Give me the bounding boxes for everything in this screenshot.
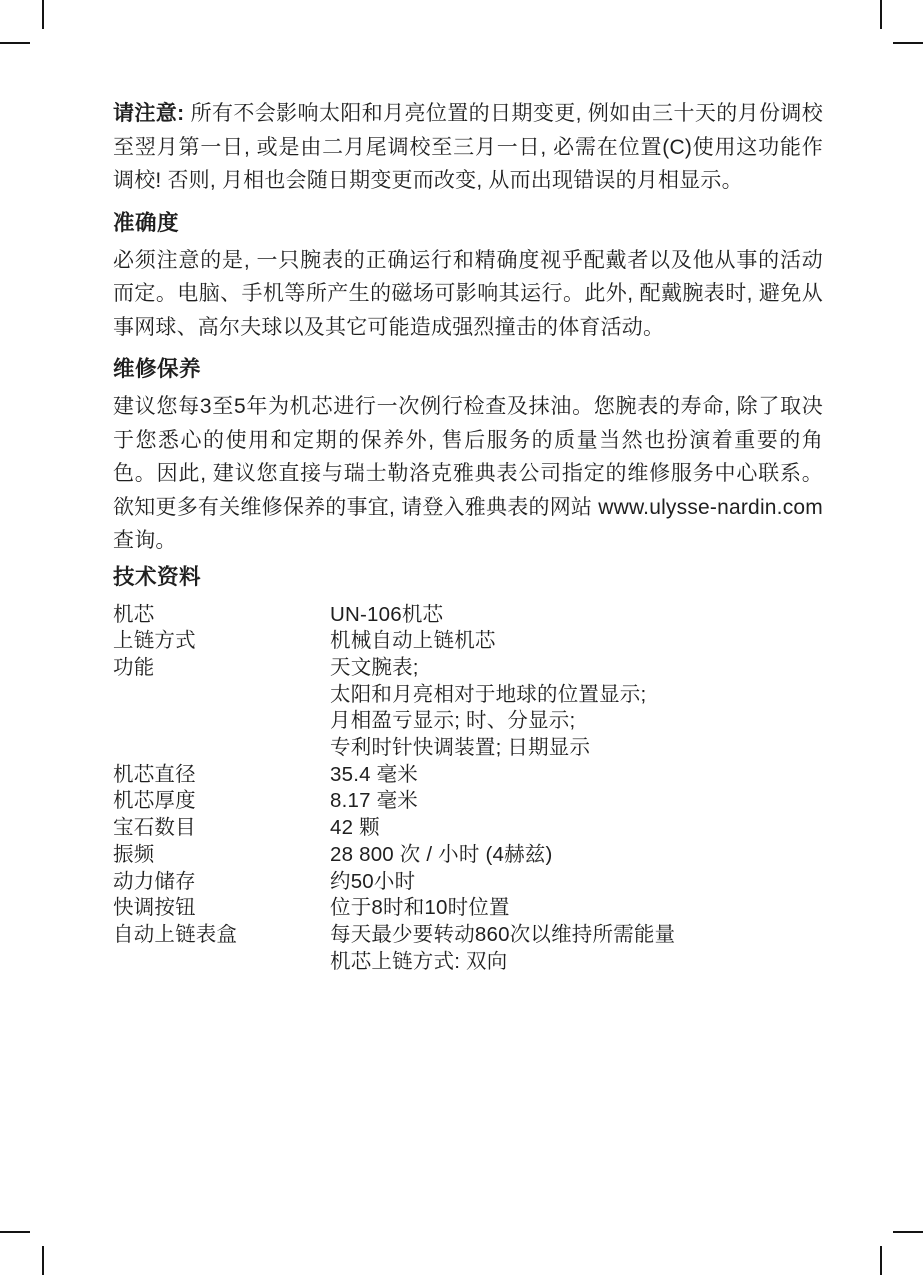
crop-mark-top-right-vertical (880, 0, 882, 29)
section-accuracy-body: 必须注意的是, 一只腕表的正确运行和精确度视乎配戴者以及他从事的活动而定。电脑、… (113, 244, 823, 345)
spec-value-line: 28 800 次 / 小时 (4赫兹) (330, 842, 823, 869)
spec-value: 位于8时和10时位置 (330, 895, 823, 922)
spec-label: 自动上链表盒 (113, 922, 330, 949)
crop-mark-bottom-right-horizontal (893, 1231, 923, 1233)
spec-value-line: 专利时针快调装置; 日期显示 (330, 735, 823, 762)
spec-label: 动力储存 (113, 869, 330, 896)
spec-value-line: 机械自动上链机芯 (330, 628, 823, 655)
crop-mark-top-left-vertical (42, 0, 44, 29)
crop-mark-top-right-horizontal (893, 42, 923, 44)
spec-value-line: 太阳和月亮相对于地球的位置显示; (330, 682, 823, 709)
spec-label: 功能 (113, 655, 330, 682)
spec-value: 8.17 毫米 (330, 788, 823, 815)
spec-value: 35.4 毫米 (330, 762, 823, 789)
section-accuracy-heading: 准确度 (113, 207, 823, 240)
spec-row: 振频28 800 次 / 小时 (4赫兹) (113, 842, 823, 869)
section-service-body: 建议您每3至5年为机芯进行一次例行检查及抹油。您腕表的寿命, 除了取决于您悉心的… (113, 390, 823, 558)
spec-label: 振频 (113, 842, 330, 869)
spec-label: 机芯直径 (113, 762, 330, 789)
notice-label: 请注意: (113, 102, 184, 125)
spec-value-line: 42 颗 (330, 815, 823, 842)
spec-value-line: 月相盈亏显示; 时、分显示; (330, 708, 823, 735)
spec-row: 宝石数目42 颗 (113, 815, 823, 842)
spec-value-line: 8.17 毫米 (330, 788, 823, 815)
spec-label: 上链方式 (113, 628, 330, 655)
crop-mark-bottom-left-horizontal (0, 1231, 30, 1233)
spec-row: 机芯厚度8.17 毫米 (113, 788, 823, 815)
spec-row: 自动上链表盒每天最少要转动860次以维持所需能量机芯上链方式: 双向 (113, 922, 823, 975)
spec-row: 机芯直径35.4 毫米 (113, 762, 823, 789)
crop-mark-bottom-right-vertical (880, 1246, 882, 1275)
notice-paragraph: 请注意: 所有不会影响太阳和月亮位置的日期变更, 例如由三十天的月份调校至翌月第… (113, 97, 823, 198)
spec-row: 动力储存约50小时 (113, 869, 823, 896)
section-technical-data-heading: 技术资料 (113, 561, 823, 594)
spec-label: 快调按钮 (113, 895, 330, 922)
spec-value-line: 天文腕表; (330, 655, 823, 682)
spec-value-line: UN-106机芯 (330, 602, 823, 629)
spec-value-line: 约50小时 (330, 869, 823, 896)
spec-row: 功能天文腕表;太阳和月亮相对于地球的位置显示;月相盈亏显示; 时、分显示;专利时… (113, 655, 823, 762)
spec-value-line: 机芯上链方式: 双向 (330, 949, 823, 976)
spec-value: 机械自动上链机芯 (330, 628, 823, 655)
section-service: 维修保养 建议您每3至5年为机芯进行一次例行检查及抹油。您腕表的寿命, 除了取决… (113, 353, 823, 558)
spec-table: 机芯UN-106机芯上链方式机械自动上链机芯功能天文腕表;太阳和月亮相对于地球的… (113, 602, 823, 976)
section-service-heading: 维修保养 (113, 353, 823, 386)
notice-text: 所有不会影响太阳和月亮位置的日期变更, 例如由三十天的月份调校至翌月第一日, 或… (113, 102, 823, 192)
spec-row: 上链方式机械自动上链机芯 (113, 628, 823, 655)
document-page: 请注意: 所有不会影响太阳和月亮位置的日期变更, 例如由三十天的月份调校至翌月第… (0, 0, 923, 1275)
spec-value: 天文腕表;太阳和月亮相对于地球的位置显示;月相盈亏显示; 时、分显示;专利时针快… (330, 655, 823, 762)
spec-value-line: 位于8时和10时位置 (330, 895, 823, 922)
spec-value: 每天最少要转动860次以维持所需能量机芯上链方式: 双向 (330, 922, 823, 975)
spec-value-line: 35.4 毫米 (330, 762, 823, 789)
crop-mark-top-left-horizontal (0, 42, 30, 44)
spec-value: 42 颗 (330, 815, 823, 842)
page-content: 请注意: 所有不会影响太阳和月亮位置的日期变更, 例如由三十天的月份调校至翌月第… (113, 97, 823, 975)
spec-row: 快调按钮位于8时和10时位置 (113, 895, 823, 922)
spec-label: 宝石数目 (113, 815, 330, 842)
spec-value: 28 800 次 / 小时 (4赫兹) (330, 842, 823, 869)
spec-value: 约50小时 (330, 869, 823, 896)
spec-row: 机芯UN-106机芯 (113, 602, 823, 629)
section-accuracy: 准确度 必须注意的是, 一只腕表的正确运行和精确度视乎配戴者以及他从事的活动而定… (113, 207, 823, 345)
spec-label: 机芯厚度 (113, 788, 330, 815)
section-technical-data: 技术资料 机芯UN-106机芯上链方式机械自动上链机芯功能天文腕表;太阳和月亮相… (113, 561, 823, 976)
spec-value-line: 每天最少要转动860次以维持所需能量 (330, 922, 823, 949)
spec-value: UN-106机芯 (330, 602, 823, 629)
spec-label: 机芯 (113, 602, 330, 629)
crop-mark-bottom-left-vertical (42, 1246, 44, 1275)
